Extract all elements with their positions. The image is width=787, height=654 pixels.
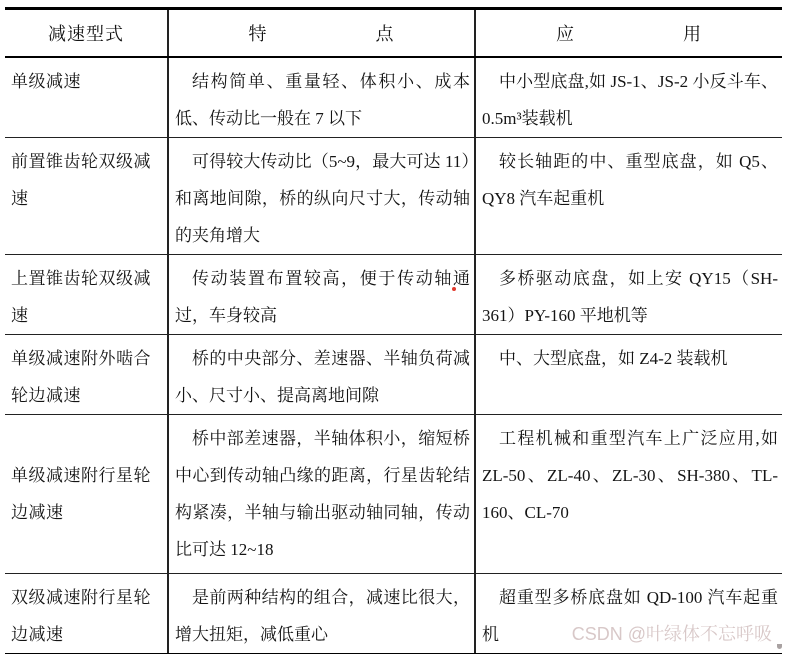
header-row: 减速型式 特 点 应 用 xyxy=(5,9,782,57)
application-cell: 多桥驱动底盘，如上安 QY15（SH-361）PY-160 平地机等 xyxy=(475,254,782,334)
header-application-char-1: 应 xyxy=(556,20,575,46)
reduction-type-table: 减速型式 特 点 应 用 单级减速 结构简单、 xyxy=(5,7,782,654)
header-features-char-1: 特 xyxy=(249,20,268,46)
features-cell: 桥的中央部分、差速器、半轴负荷减小、尺寸小、提高离地间隙 xyxy=(168,334,475,414)
application-text: 工程机械和重型汽车上广泛应用,如 ZL-50、ZL-40、ZL-30、SH-38… xyxy=(482,420,778,531)
application-text: 多桥驱动底盘，如上安 QY15（SH-361）PY-160 平地机等 xyxy=(482,260,778,334)
type-cell: 上置锥齿轮双级减速 xyxy=(5,254,168,334)
table-row: 单级减速 结构简单、重量轻、体积小、成本低、传动比一般在 7 以下 中小型底盘,… xyxy=(5,57,782,138)
table-row: 前置锥齿轮双级减速 可得较大传动比（5~9，最大可达 11）和离地间隙，桥的纵向… xyxy=(5,137,782,254)
application-cell: 中小型底盘,如 JS-1、JS-2 小反斗车、0.5m³装载机 xyxy=(475,57,782,138)
header-type-label: 减速型式 xyxy=(48,24,124,44)
header-application: 应 用 xyxy=(475,9,782,57)
type-cell: 双级减速附行星轮边减速 xyxy=(5,573,168,654)
type-cell: 前置锥齿轮双级减速 xyxy=(5,137,168,254)
type-cell: 单级减速 xyxy=(5,57,168,138)
features-text: 传动装置布置较高，便于传动轴通过，车身较高 xyxy=(175,260,470,334)
features-cell: 可得较大传动比（5~9，最大可达 11）和离地间隙，桥的纵向尺寸大，传动轴的夹角… xyxy=(168,137,475,254)
header-features-char-2: 点 xyxy=(376,20,395,46)
header-features: 特 点 xyxy=(168,9,475,57)
application-cell: 较长轴距的中、重型底盘，如 Q5、QY8 汽车起重机 xyxy=(475,137,782,254)
features-text: 桥的中央部分、差速器、半轴负荷减小、尺寸小、提高离地间隙 xyxy=(175,340,470,414)
features-cell: 桥中部差速器，半轴体积小，缩短桥中心到传动轴凸缘的距离，行星齿轮结构紧凑，半轴与… xyxy=(168,414,475,573)
type-cell: 单级减速附外啮合轮边减速 xyxy=(5,334,168,414)
features-text: 是前两种结构的组合，减速比很大，增大扭矩，减低重心 xyxy=(175,579,470,653)
application-text: 较长轴距的中、重型底盘，如 Q5、QY8 汽车起重机 xyxy=(482,143,778,217)
features-cell: 是前两种结构的组合，减速比很大，增大扭矩，减低重心 xyxy=(168,573,475,654)
table-row: 单级减速附外啮合轮边减速 桥的中央部分、差速器、半轴负荷减小、尺寸小、提高离地间… xyxy=(5,334,782,414)
features-text: 结构简单、重量轻、体积小、成本低、传动比一般在 7 以下 xyxy=(175,63,470,137)
gray-artifact-speck xyxy=(777,644,782,649)
application-text: 中小型底盘,如 JS-1、JS-2 小反斗车、0.5m³装载机 xyxy=(482,63,778,137)
features-cell: 结构简单、重量轻、体积小、成本低、传动比一般在 7 以下 xyxy=(168,57,475,138)
features-text: 可得较大传动比（5~9，最大可达 11）和离地间隙，桥的纵向尺寸大，传动轴的夹角… xyxy=(175,143,470,254)
reduction-type-table-wrap: 减速型式 特 点 应 用 单级减速 结构简单、 xyxy=(5,7,782,654)
application-cell: 工程机械和重型汽车上广泛应用,如 ZL-50、ZL-40、ZL-30、SH-38… xyxy=(475,414,782,573)
table-row: 单级减速附行星轮边减速 桥中部差速器，半轴体积小，缩短桥中心到传动轴凸缘的距离，… xyxy=(5,414,782,573)
header-application-char-2: 用 xyxy=(683,20,702,46)
application-cell: 中、大型底盘，如 Z4-2 装载机 xyxy=(475,334,782,414)
table-row: 上置锥齿轮双级减速 传动装置布置较高，便于传动轴通过，车身较高 多桥驱动底盘，如… xyxy=(5,254,782,334)
csdn-watermark: CSDN @叶绿体不忘呼吸 xyxy=(560,620,772,646)
features-cell: 传动装置布置较高，便于传动轴通过，车身较高 xyxy=(168,254,475,334)
red-artifact-dot xyxy=(452,287,456,291)
application-text: 中、大型底盘，如 Z4-2 装载机 xyxy=(482,340,778,377)
header-type: 减速型式 xyxy=(5,9,168,57)
features-text: 桥中部差速器，半轴体积小，缩短桥中心到传动轴凸缘的距离，行星齿轮结构紧凑，半轴与… xyxy=(175,420,470,568)
type-cell: 单级减速附行星轮边减速 xyxy=(5,414,168,573)
